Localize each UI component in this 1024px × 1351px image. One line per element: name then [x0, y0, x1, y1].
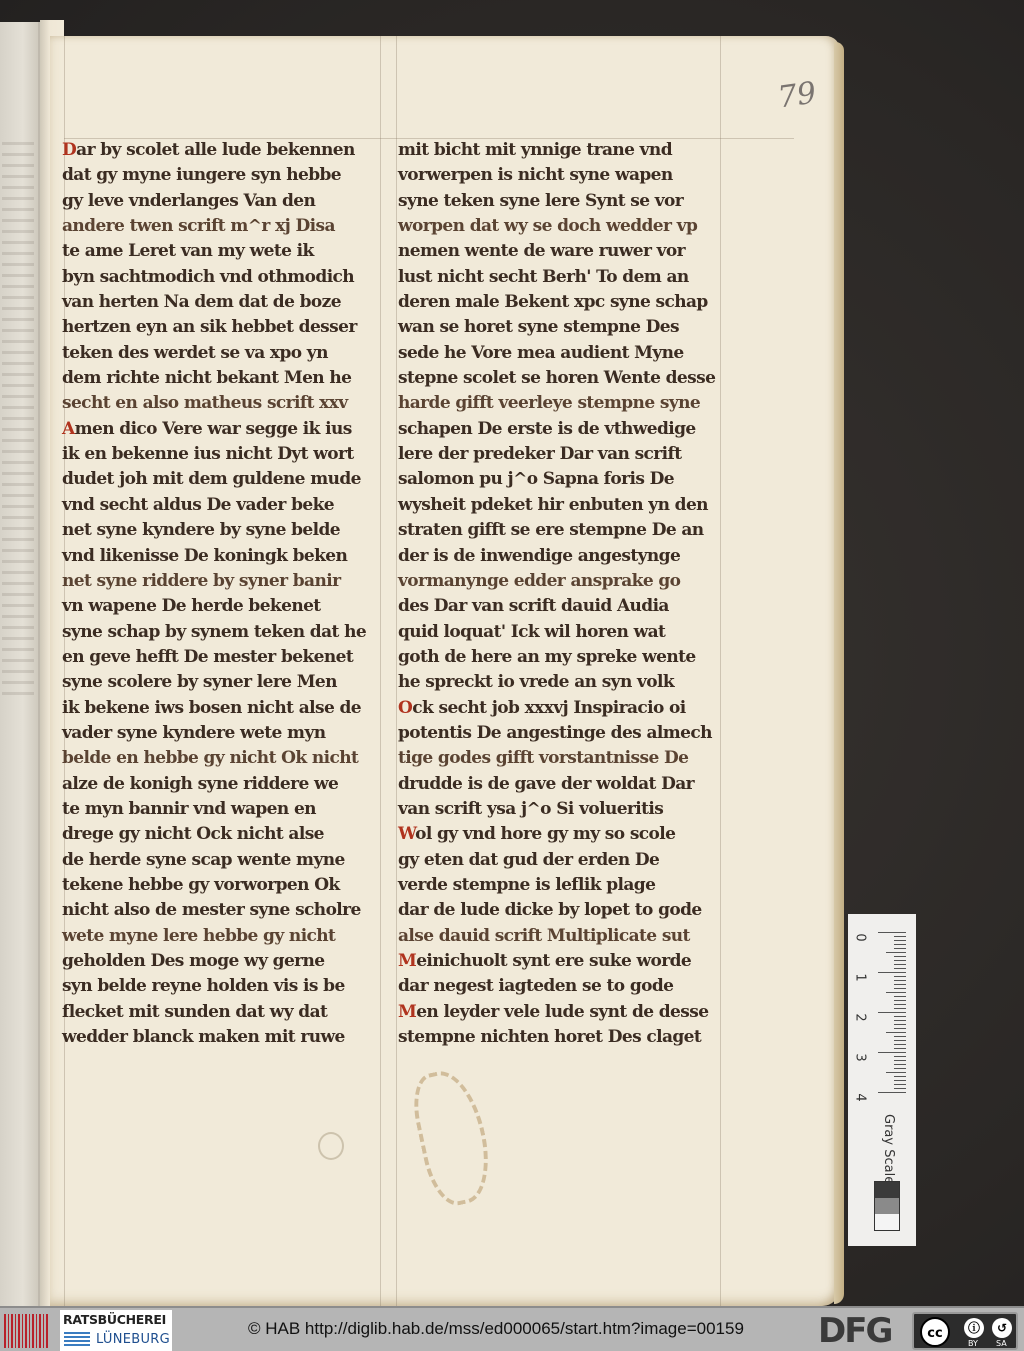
- facing-page-text-bleed: [2, 142, 34, 702]
- manuscript-line: net syne riddere by syner banir: [62, 569, 382, 594]
- manuscript-line: goth de here an my spreke wente: [398, 645, 728, 670]
- ruler-number: 1: [853, 973, 868, 981]
- manuscript-line: wete myne lere hebbe gy nicht: [62, 924, 382, 949]
- manuscript-line: tige godes gifft vorstantnisse De: [398, 746, 728, 771]
- ruler-tick: [878, 1092, 906, 1093]
- manuscript-line: gy leve vnderlanges Van den: [62, 189, 382, 214]
- ruler-tick: [894, 984, 906, 985]
- manuscript-line: dudet joh mit dem guldene mude: [62, 467, 382, 492]
- manuscript-line: Dar by scolet alle lude bekennen: [62, 138, 382, 163]
- barcode-logo-icon: [4, 1314, 48, 1348]
- ruler-tick: [894, 948, 906, 949]
- rubricated-initial: A: [62, 419, 75, 439]
- ruler-tick: [894, 1064, 906, 1065]
- manuscript-line: alse dauid scrift Multiplicate sut: [398, 924, 728, 949]
- parchment-hole: [318, 1132, 344, 1160]
- rubricated-initial: M: [398, 1002, 416, 1022]
- manuscript-line: wan se horet syne stempne Des: [398, 315, 728, 340]
- manuscript-line: dar de lude dicke by lopet to gode: [398, 898, 728, 923]
- manuscript-line: van herten Na dem dat de boze: [62, 290, 382, 315]
- manuscript-line: Ock secht job xxxvj Inspiracio oi: [398, 696, 728, 721]
- manuscript-line: wysheit pdeket hir enbuten yn den: [398, 493, 728, 518]
- ruler-tick: [886, 1072, 906, 1073]
- manuscript-line: syn belde reyne holden vis is be: [62, 974, 382, 999]
- manuscript-line: dat gy myne iungere syn hebbe: [62, 163, 382, 188]
- ruler-tick: [894, 980, 906, 981]
- manuscript-line: Wol gy vnd hore gy my so scole: [398, 822, 728, 847]
- gray-scale-card: 0 1 2 3 4 Gray Scale: [848, 914, 916, 1246]
- manuscript-line: stepne scolet se horen Wente desse: [398, 366, 728, 391]
- folio-number: 79: [776, 76, 819, 116]
- ruler-tick: [878, 1052, 906, 1053]
- ruling-line: [396, 36, 397, 1306]
- manuscript-line: salomon pu j^o Sapna foris De: [398, 467, 728, 492]
- manuscript-line: lere der predeker Dar van scrift: [398, 442, 728, 467]
- ruler-number: 4: [853, 1093, 868, 1101]
- ruler-tick: [878, 1012, 906, 1013]
- manuscript-line: de herde syne scap wente myne: [62, 848, 382, 873]
- manuscript-line: lust nicht secht Berh' To dem an: [398, 265, 728, 290]
- manuscript-viewer: 79 Dar by scolet alle lude bekennendat g…: [0, 0, 1024, 1306]
- manuscript-line: sede he Vore mea audient Myne: [398, 341, 728, 366]
- manuscript-line: vorwerpen is nicht syne wapen: [398, 163, 728, 188]
- manuscript-line: nicht also de mester syne scholre: [62, 898, 382, 923]
- manuscript-line: dar negest iagteden se to gode: [398, 974, 728, 999]
- ruler-number: 0: [853, 933, 868, 941]
- ruler-tick: [894, 1068, 906, 1069]
- footer-bar: RATSBÜCHEREI LÜNEBURG © HAB http://digli…: [0, 1306, 1024, 1351]
- manuscript-line: stempne nichten horet Des claget: [398, 1025, 728, 1050]
- manuscript-line: net syne kyndere by syne belde: [62, 518, 382, 543]
- manuscript-line: syne scolere by syner lere Men: [62, 670, 382, 695]
- manuscript-line: quid loquat' Ick wil horen wat: [398, 620, 728, 645]
- library-name-top: RATSBÜCHEREI: [63, 1312, 166, 1327]
- ruler-tick: [894, 1008, 906, 1009]
- rubricated-initial: M: [398, 951, 416, 971]
- manuscript-line: vnd secht aldus De vader beke: [62, 493, 382, 518]
- manuscript-line: Men leyder vele lude synt de desse: [398, 1000, 728, 1025]
- manuscript-line: Meinichuolt synt ere suke worde: [398, 949, 728, 974]
- sa-label: SA: [996, 1339, 1007, 1348]
- ruler-tick: [894, 956, 906, 957]
- manuscript-line: he spreckt io vrede an syn volk: [398, 670, 728, 695]
- manuscript-line: verde stempne is leflik plage: [398, 873, 728, 898]
- page-edge: [834, 42, 844, 1304]
- manuscript-line: drege gy nicht Ock nicht alse: [62, 822, 382, 847]
- manuscript-line: vader syne kyndere wete myn: [62, 721, 382, 746]
- swatch-dark: [875, 1182, 899, 1198]
- manuscript-line: vormanynge edder ansprake go: [398, 569, 728, 594]
- manuscript-line: te ame Leret van my wete ik: [62, 239, 382, 264]
- ruler-tick: [894, 960, 906, 961]
- ratsbuecherei-logo[interactable]: RATSBÜCHEREI LÜNEBURG: [60, 1310, 172, 1351]
- manuscript-line: gy eten dat gud der erden De: [398, 848, 728, 873]
- rubricated-initial: O: [398, 698, 412, 718]
- manuscript-line: andere twen scrift m^r xj Disa: [62, 214, 382, 239]
- manuscript-line: deren male Bekent xpc syne schap: [398, 290, 728, 315]
- ruler-tick: [894, 1028, 906, 1029]
- ruler-tick: [894, 936, 906, 937]
- manuscript-line: dem richte nicht bekant Men he: [62, 366, 382, 391]
- manuscript-line: byn sachtmodich vnd othmodich: [62, 265, 382, 290]
- ruler-tick: [894, 1036, 906, 1037]
- ruler-tick: [894, 1056, 906, 1057]
- manuscript-line: en geve hefft De mester bekenet: [62, 645, 382, 670]
- manuscript-line: van scrift ysa j^o Si volueritis: [398, 797, 728, 822]
- library-name-bottom: LÜNEBURG: [96, 1332, 170, 1347]
- rubricated-initial: D: [62, 140, 76, 160]
- manuscript-line: vn wapene De herde bekenet: [62, 594, 382, 619]
- ruler-tick: [886, 952, 906, 953]
- manuscript-line: potentis De angestinge des almech: [398, 721, 728, 746]
- dfg-logo[interactable]: DFG: [818, 1313, 891, 1349]
- ruler-tick: [886, 1032, 906, 1033]
- manuscript-line: des Dar van scrift dauid Audia: [398, 594, 728, 619]
- facing-page-left: [0, 22, 40, 1312]
- book-waves-icon: [64, 1332, 90, 1348]
- ruler-tick: [894, 1080, 906, 1081]
- ruler-tick: [878, 932, 906, 933]
- ruler-tick: [894, 1048, 906, 1049]
- by-label: BY: [968, 1339, 978, 1348]
- ruler-tick: [894, 1024, 906, 1025]
- manuscript-line: schapen De erste is de vthwedige: [398, 417, 728, 442]
- ruler-tick: [894, 1016, 906, 1017]
- manuscript-line: vnd likenisse De koningk beken: [62, 544, 382, 569]
- ruler-tick: [894, 1060, 906, 1061]
- manuscript-line: te myn bannir vnd wapen en: [62, 797, 382, 822]
- manuscript-line: belde en hebbe gy nicht Ok nicht: [62, 746, 382, 771]
- ruler-tick: [894, 1020, 906, 1021]
- text-column-right: mit bicht mit ynnige trane vndvorwerpen …: [398, 138, 728, 1050]
- manuscript-line: drudde is de gave der woldat Dar: [398, 772, 728, 797]
- ruler-tick: [894, 996, 906, 997]
- manuscript-line: syne teken syne lere Synt se vor: [398, 189, 728, 214]
- manuscript-line: Amen dico Vere war segge ik ius: [62, 417, 382, 442]
- manuscript-line: ik bekene iws bosen nicht alse de: [62, 696, 382, 721]
- ruler-tick: [894, 988, 906, 989]
- manuscript-line: secht en also matheus scrift xxv: [62, 391, 382, 416]
- manuscript-line: syne schap by synem teken dat he: [62, 620, 382, 645]
- ruler-tick: [894, 944, 906, 945]
- copyright-link[interactable]: © HAB http://diglib.hab.de/mss/ed000065/…: [248, 1319, 744, 1339]
- ruler-tick: [886, 992, 906, 993]
- ruler-tick: [894, 1040, 906, 1041]
- manuscript-line: alze de konigh syne riddere we: [62, 772, 382, 797]
- ruler-tick: [878, 972, 906, 973]
- manuscript-line: nemen wente de ware ruwer vor: [398, 239, 728, 264]
- manuscript-line: hertzen eyn an sik hebbet desser: [62, 315, 382, 340]
- ruler-tick: [894, 968, 906, 969]
- cc-license-badge[interactable]: cc ⓘ ↺ BY SA: [912, 1312, 1018, 1350]
- attribution-icon: ⓘ: [964, 1318, 984, 1338]
- manuscript-line: flecket mit sunden dat wy dat: [62, 1000, 382, 1025]
- manuscript-line: mit bicht mit ynnige trane vnd: [398, 138, 728, 163]
- manuscript-line: tekene hebbe gy vorworpen Ok: [62, 873, 382, 898]
- manuscript-line: worpen dat wy se doch wedder vp: [398, 214, 728, 239]
- ruler-ticks: [878, 932, 908, 1108]
- ruler-tick: [894, 940, 906, 941]
- share-alike-icon: ↺: [992, 1318, 1012, 1338]
- ruler-tick: [894, 976, 906, 977]
- ruler-tick: [894, 1088, 906, 1089]
- ruler-tick: [894, 1084, 906, 1085]
- manuscript-line: der is de inwendige angestynge: [398, 544, 728, 569]
- manuscript-line: harde gifft veerleye stempne syne: [398, 391, 728, 416]
- ruler-tick: [894, 964, 906, 965]
- cc-icon: cc: [920, 1317, 950, 1347]
- ruler-number: 3: [853, 1053, 868, 1061]
- manuscript-line: teken des werdet se va xpo yn: [62, 341, 382, 366]
- manuscript-line: wedder blanck maken mit ruwe: [62, 1025, 382, 1050]
- swatch-mid: [875, 1198, 899, 1214]
- ruler-number: 2: [853, 1013, 868, 1021]
- manuscript-line: ik en bekenne ius nicht Dyt wort: [62, 442, 382, 467]
- gray-swatch: [874, 1181, 900, 1231]
- ruler-tick: [894, 1044, 906, 1045]
- swatch-light: [875, 1214, 899, 1230]
- rubricated-initial: W: [398, 824, 415, 844]
- ruler-tick: [894, 1076, 906, 1077]
- ruler-tick: [894, 1004, 906, 1005]
- text-column-left: Dar by scolet alle lude bekennendat gy m…: [62, 138, 382, 1050]
- manuscript-line: geholden Des moge wy gerne: [62, 949, 382, 974]
- ruler-tick: [894, 1000, 906, 1001]
- manuscript-line: straten gifft se ere stempne De an: [398, 518, 728, 543]
